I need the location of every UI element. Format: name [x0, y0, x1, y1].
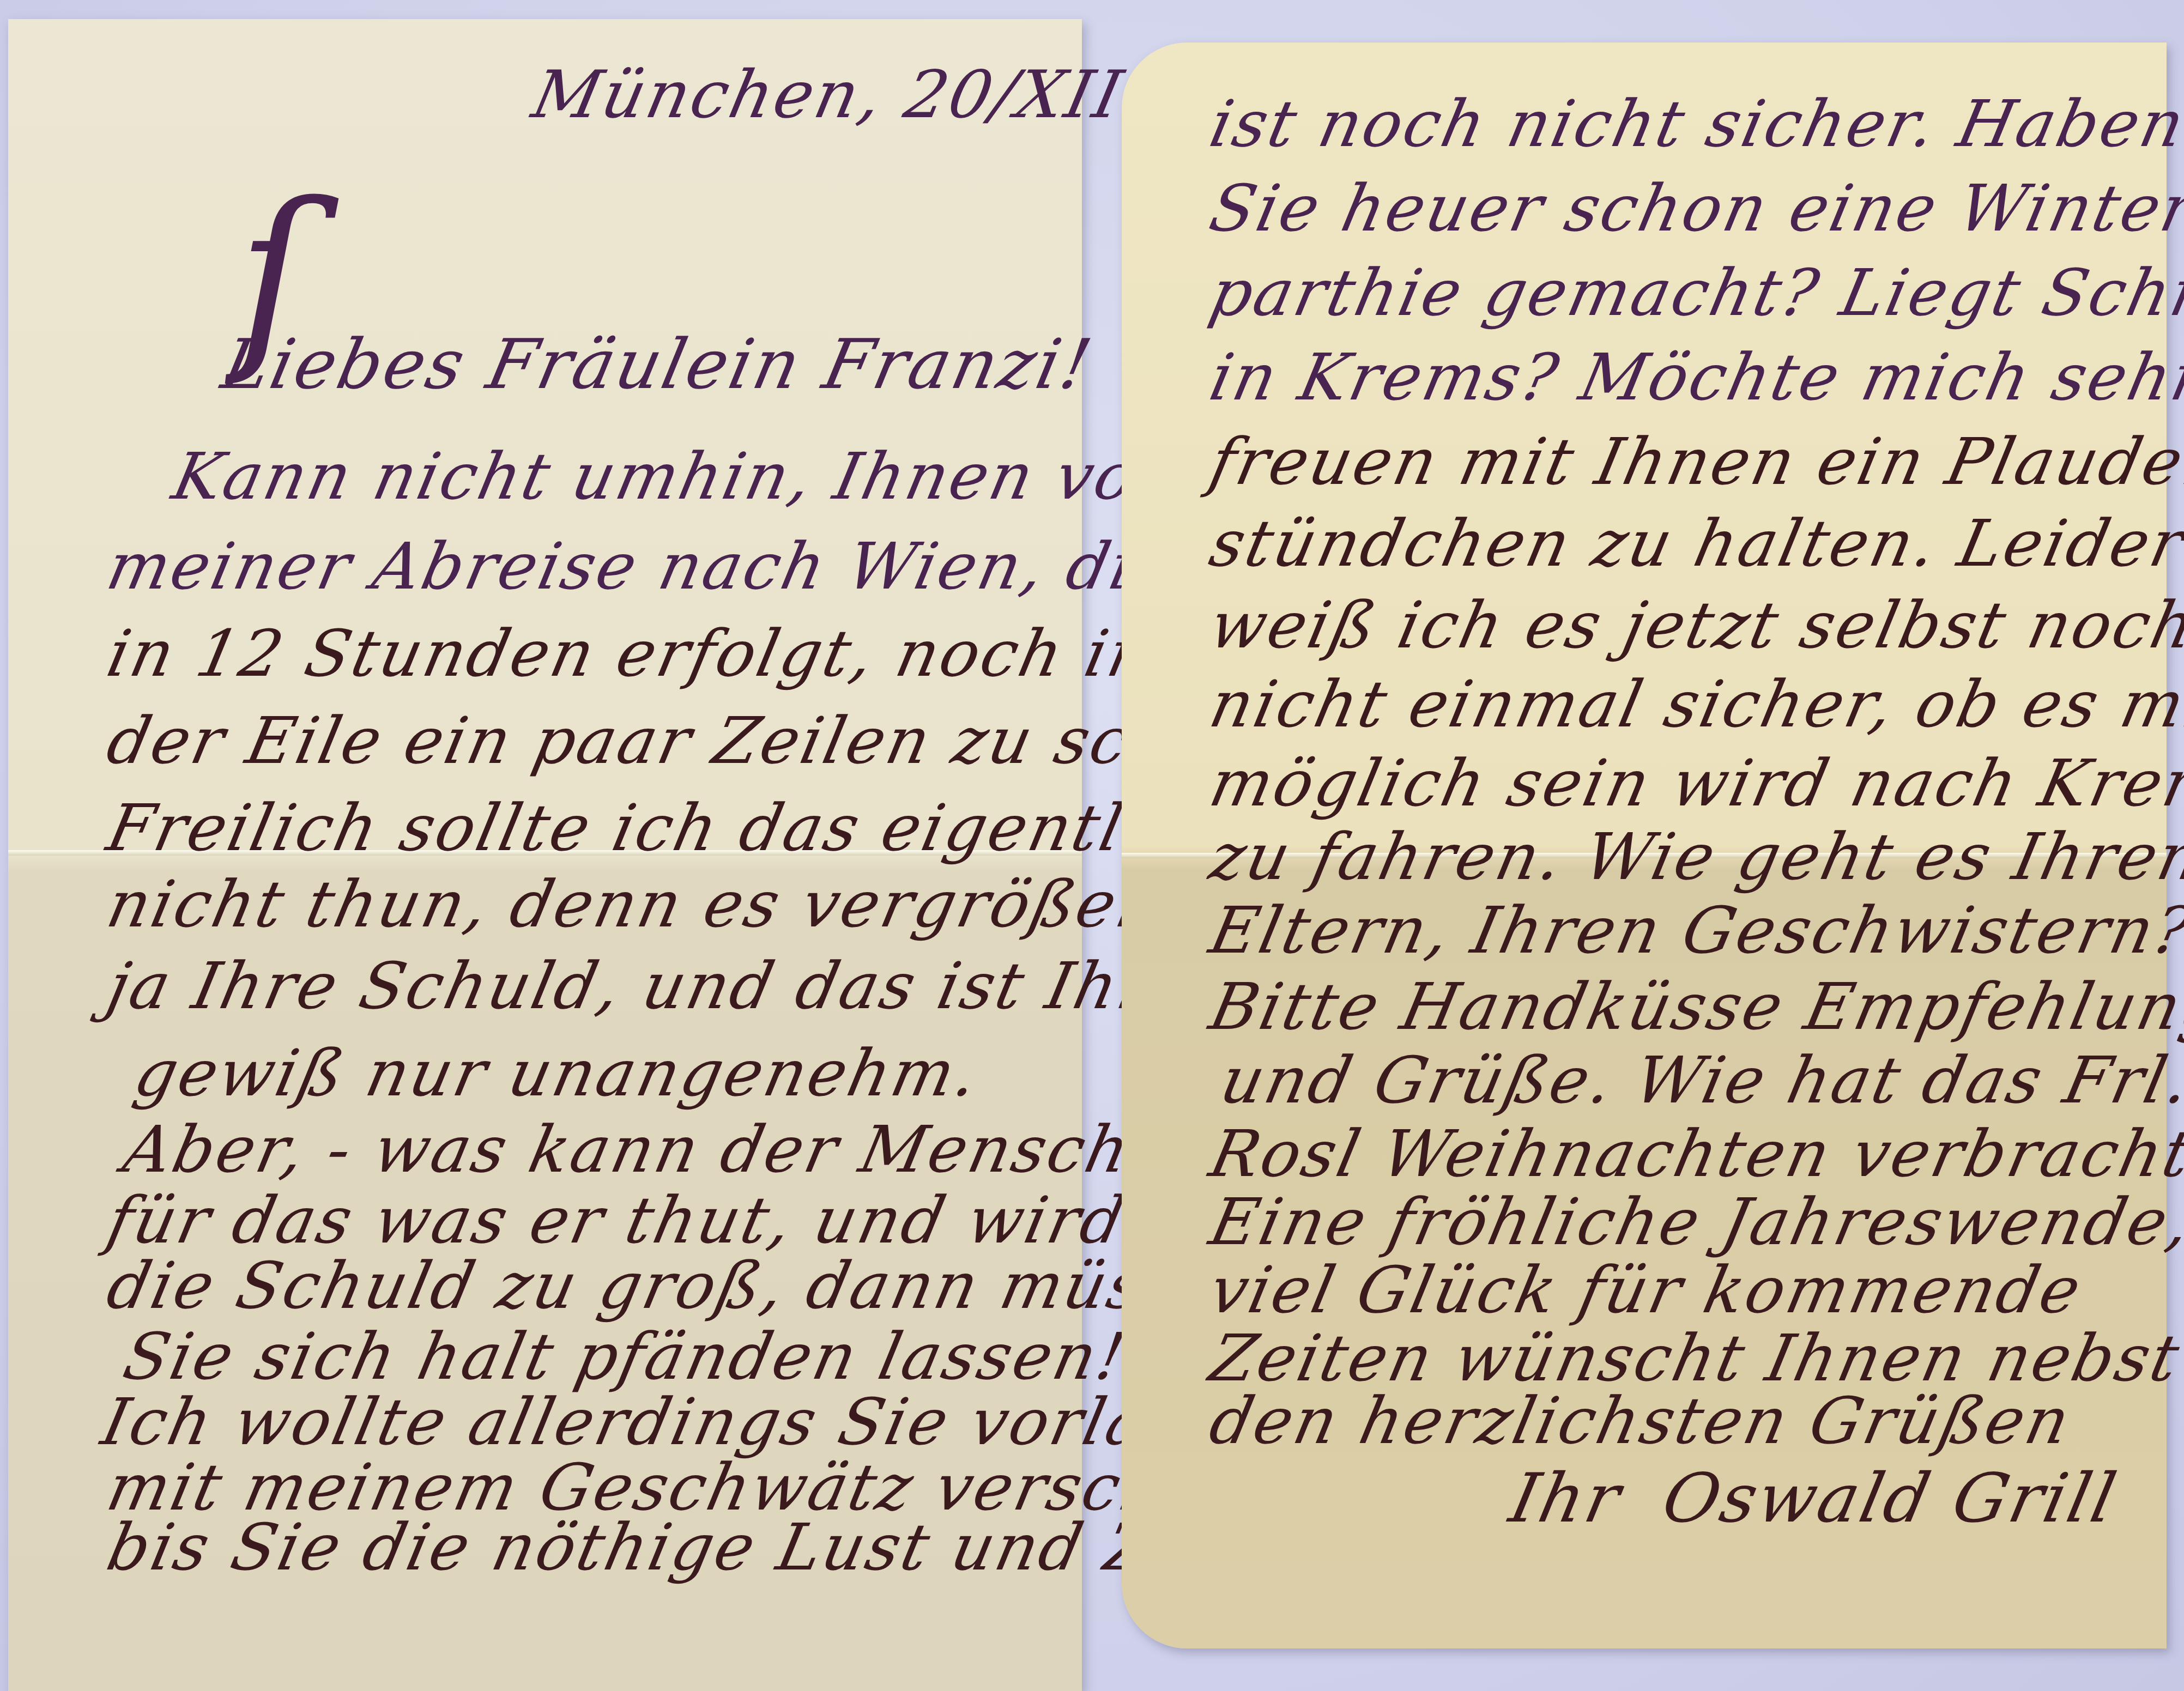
letter-line: Rosl Weihnachten verbracht? — [1203, 1116, 2184, 1191]
letter-line: freuen mit Ihnen ein Plauder- — [1203, 424, 2184, 499]
letter-line: meiner Abreise nach Wien, die — [101, 529, 1182, 604]
letter-line: stündchen zu halten. Leider — [1203, 506, 2184, 581]
letter-line: und Grüße. Wie hat das Frl. — [1214, 1043, 2184, 1118]
letter-line: den herzlichsten Grüßen — [1203, 1383, 2078, 1458]
letter-line: Aber, - was kann der Mensch — [117, 1112, 1138, 1187]
letter-line: nicht thun, denn es vergrößert — [101, 866, 1187, 942]
letter-line: ist noch nicht sicher. Haben — [1203, 86, 2184, 161]
letter-line: gewiß nur unangenehm. — [128, 1035, 987, 1111]
letter-line: weiß ich es jetzt selbst noch — [1203, 587, 2184, 663]
letter-line: Sie sich halt pfänden lassen! — [117, 1319, 1134, 1394]
letter-page-right: ist noch nicht sicher. Haben Sie heuer s… — [1122, 43, 2167, 1648]
letter-line: in 12 Stunden erfolgt, noch in — [101, 616, 1160, 691]
letter-line: viel Glück für kommende — [1203, 1252, 2089, 1328]
letter-line: für das was er thut, und wird — [101, 1183, 1133, 1258]
letter-line: Bitte Handküsse Empfehlungen — [1203, 969, 2184, 1044]
letter-line: Eine fröhliche Jahreswende, — [1203, 1184, 2184, 1259]
letter-line: Ich wollte allerdings Sie vorläufig — [95, 1384, 1291, 1459]
letter-line: Eltern, Ihren Geschwistern? — [1203, 893, 2184, 968]
letter-page-left: München, 20/XII 907. ſ Liebes Fräulein F… — [8, 19, 1082, 1691]
letter-line: in Krems? Möchte mich sehr — [1203, 340, 2184, 415]
letter-line: Freilich sollte ich das eigentlich — [101, 790, 1236, 865]
letter-line: bis Sie die nöthige Lust und Zeit — [101, 1510, 1252, 1585]
letter-line: parthie gemacht? Liegt Schnee — [1203, 255, 2184, 330]
letter-line: die Schuld zu groß, dann müssen — [101, 1248, 1271, 1323]
salutation: Liebes Fräulein Franzi! — [215, 324, 1100, 404]
letter-line: nicht einmal sicher, ob es mir — [1203, 666, 2184, 742]
letter-line: Sie heuer schon eine Winter- — [1203, 171, 2184, 246]
letter-line: Kann nicht umhin, Ihnen vor — [166, 439, 1177, 514]
signature: Oswald Grill — [1656, 1459, 2125, 1538]
letter-line: zu fahren. Wie geht es Ihren — [1203, 819, 2184, 894]
letter-line: ja Ihre Schuld, und das ist Ihnen — [101, 948, 1254, 1023]
closing: Ihr — [1503, 1459, 1629, 1538]
letter-line: möglich sein wird nach Krems — [1203, 746, 2184, 821]
